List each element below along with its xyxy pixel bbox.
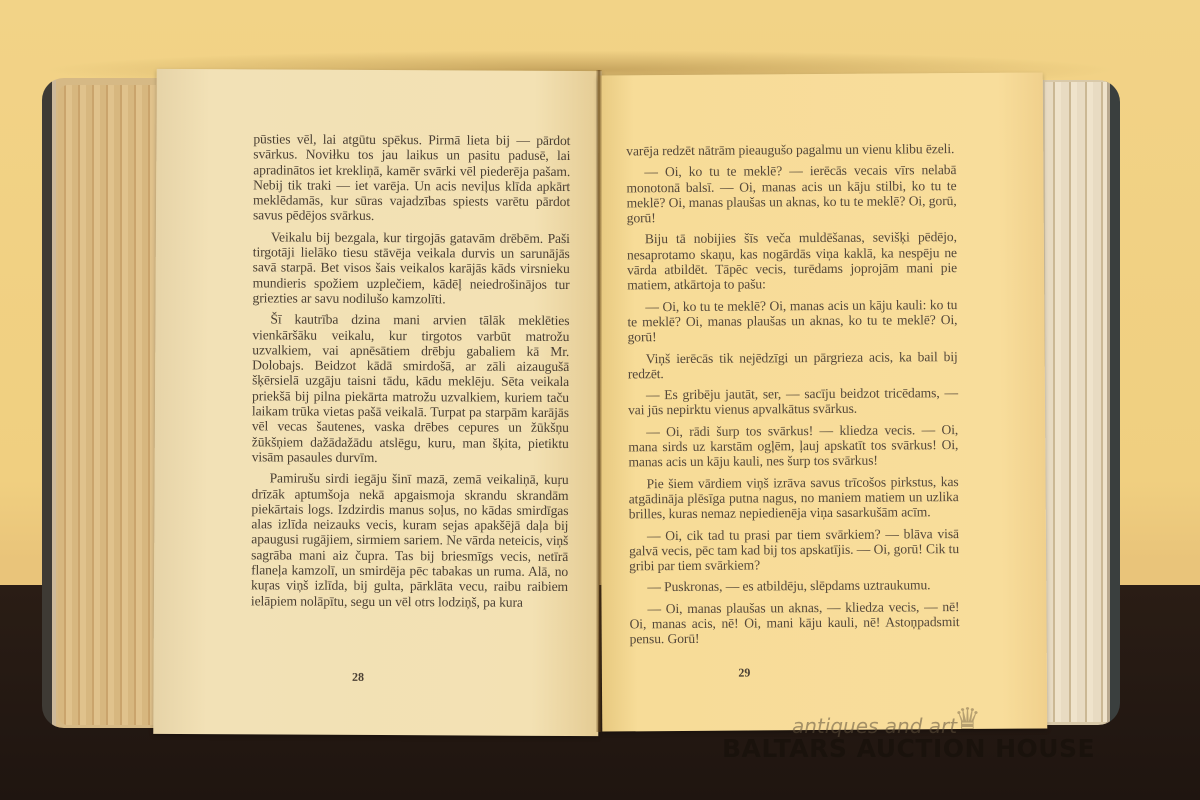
- paragraph: — Oi, cik tad tu prasi par tiem svārkiem…: [629, 526, 959, 574]
- paragraph: varēja redzēt nātrām pieaugušo pagalmu u…: [626, 141, 956, 159]
- right-page: varēja redzēt nātrām pieaugušo pagalmu u…: [598, 72, 1048, 731]
- paragraph: — Oi, ko tu te meklē? Oi, manas acis un …: [627, 297, 957, 345]
- page-edges-right: [1045, 82, 1107, 722]
- page-number: 28: [136, 669, 581, 686]
- right-page-text: varēja redzēt nātrām pieaugušo pagalmu u…: [626, 141, 960, 653]
- paragraph: — Es gribēju jautāt, ser, — sacīju beidz…: [628, 385, 958, 418]
- page-edges-left: [58, 85, 163, 725]
- paragraph: Šī kautrība dzina mani arvien tālāk mekl…: [252, 312, 570, 467]
- watermark-name: BALTARS AUCTION HOUSE: [722, 734, 1095, 763]
- paragraph: Biju tā nobijies šīs veča muldēšanas, se…: [627, 230, 957, 293]
- left-page-text: pūsties vēl, lai atgūtu spēkus. Pirmā li…: [251, 131, 571, 616]
- left-page: pūsties vēl, lai atgūtu spēkus. Pirmā li…: [153, 69, 601, 736]
- paragraph: — Oi, rādi šurp tos svārkus! — kliedza v…: [628, 422, 958, 470]
- page-number: 29: [522, 664, 967, 682]
- paragraph: Pamirušu sirdi iegāju šinī mazā, zemā ve…: [251, 471, 569, 610]
- watermark: antiques and art ♛ BALTARS AUCTION HOUSE: [722, 708, 1122, 778]
- paragraph: — Oi, ko tu te meklē? — ierēcās vecais v…: [626, 162, 956, 225]
- paragraph: Viņš ierēcās tik nejēdzīgi un pārgrieza …: [628, 349, 958, 382]
- paragraph: — Puskronas, — es atbildēju, slēpdams uz…: [629, 577, 959, 595]
- paragraph: Pie šiem vārdiem viņš izrāva savus trīco…: [629, 474, 959, 522]
- paragraph: Veikalu bij bezgala, kur tirgojās gatavā…: [253, 229, 570, 307]
- paragraph: pūsties vēl, lai atgūtu spēkus. Pirmā li…: [253, 131, 570, 224]
- paragraph: — Oi, manas plaušas un aknas, — kliedza …: [629, 599, 959, 647]
- book-gutter: [596, 70, 602, 732]
- crown-icon: ♛: [954, 702, 981, 737]
